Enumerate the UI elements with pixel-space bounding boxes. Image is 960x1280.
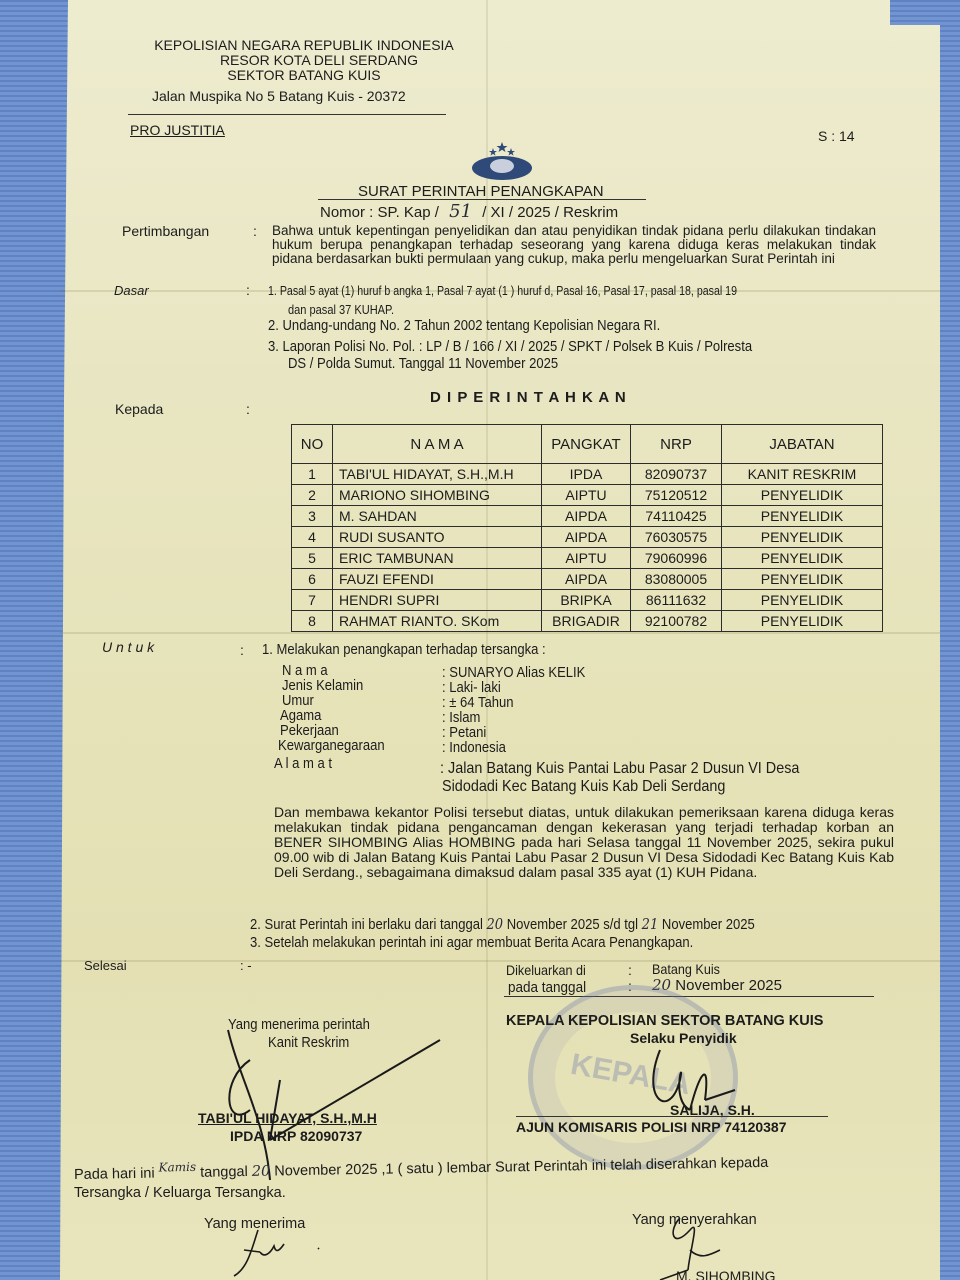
suspect-value-alamat-cont: Sidodadi Kec Batang Kuis Kab Deli Serdan… [442,779,725,794]
cell-pangkat: BRIPKA [542,590,631,611]
handover-handwritten-day: Kamis [158,1160,196,1175]
dasar-item-text: Pasal 5 ayat (1) huruf b angka 1, Pasal … [280,284,737,298]
dasar-item-no: 3. [268,339,279,355]
suspect-value-nama: : SUNARYO Alias KELIK [442,666,585,681]
col-pangkat: PANGKAT [542,425,631,464]
pro-justitia: PRO JUSTITIA [130,122,225,138]
suspect-key-kewarganegaraan: Kewarganegaraan [278,739,385,754]
sheet-code: S : 14 [818,128,855,144]
cell-jabatan: PENYELIDIK [722,548,883,569]
issued-date-label: pada tanggal [508,979,586,996]
header-divider [128,114,446,115]
cell-nrp: 82090737 [631,464,722,485]
pertimbangan-text: Bahwa untuk kepentingan penyelidikan dan… [272,224,876,266]
handover-giver-name: M. SIHOMBING [676,1268,776,1280]
agency-line-1: KEPOLISIAN NEGARA REPUBLIK INDONESIA [134,38,474,53]
paper-fold-line [60,632,940,634]
item2-text-b: November 2025 s/d tgl [507,917,638,933]
table-row: 5ERIC TAMBUNANAIPTU79060996PENYELIDIK [292,548,883,569]
cell-jabatan: PENYELIDIK [722,569,883,590]
cell-nama: RAHMAT RIANTO. SKom [333,611,542,632]
col-nama: N A M A [333,425,542,464]
cell-no: 3 [292,506,333,527]
number-handwritten: 51 [449,201,472,222]
suspect-value-alamat: : Jalan Batang Kuis Pantai Labu Pasar 2 … [440,761,799,776]
agency-line-3: SEKTOR BATANG KUIS [134,68,474,83]
cell-no: 8 [292,611,333,632]
col-nrp: NRP [631,425,722,464]
dasar-item-no: 2. [268,318,279,334]
cell-no: 5 [292,548,333,569]
cell-jabatan: PENYELIDIK [722,527,883,548]
table-row: 6FAUZI EFENDIAIPDA83080005PENYELIDIK [292,569,883,590]
cell-pangkat: AIPDA [542,506,631,527]
suspect-value-umur: : ± 64 Tahun [442,696,514,711]
cell-nama: RUDI SUSANTO [333,527,542,548]
dasar-colon: : [246,282,250,298]
chief-line-1: KEPALA KEPOLISIAN SEKTOR BATANG KUIS [506,1013,823,1029]
dasar-item-1: 1. Pasal 5 ayat (1) huruf b angka 1, Pas… [268,284,737,298]
suspect-value-agama: : Islam [442,711,480,726]
cell-jabatan: KANIT RESKRIM [722,464,883,485]
cell-no: 6 [292,569,333,590]
paper-fold-line [60,960,940,962]
document-title: SURAT PERINTAH PENANGKAPAN [358,183,604,200]
issued-place-label: Dikeluarkan di [506,962,586,978]
letterhead: KEPOLISIAN NEGARA REPUBLIK INDONESIA RES… [134,38,474,83]
cell-nrp: 76030575 [631,527,722,548]
handover-receiver-signature-icon [230,1228,330,1280]
item2-handwritten-start-date: 20 [487,917,504,933]
issued-underline [504,996,874,997]
diperintahkan-heading: D I P E R I N T A H K A N [430,389,627,406]
cell-jabatan: PENYELIDIK [722,506,883,527]
pertimbangan-label: Pertimbangan [122,223,209,239]
cell-pangkat: BRIGADIR [542,611,631,632]
suspect-key-nama: N a m a [282,664,328,679]
cell-nama: M. SAHDAN [333,506,542,527]
handover-line-2: Tersangka / Keluarga Tersangka. [74,1185,286,1201]
table-row: 7HENDRI SUPRIBRIPKA86111632PENYELIDIK [292,590,883,611]
cell-nama: FAUZI EFENDI [333,569,542,590]
cell-nrp: 74110425 [631,506,722,527]
dasar-item-text: Laporan Polisi No. Pol. : LP / B / 166 /… [283,339,753,355]
suspect-value-pekerjaan: : Petani [442,726,486,741]
untuk-paragraph: Dan membawa kekantor Polisi tersebut dia… [274,805,894,880]
cell-nama: HENDRI SUPRI [333,590,542,611]
suspect-value-kewarganegaraan: : Indonesia [442,741,506,756]
table-row: 2MARIONO SIHOMBINGAIPTU75120512PENYELIDI… [292,485,883,506]
cell-jabatan: PENYELIDIK [722,590,883,611]
cell-nrp: 75120512 [631,485,722,506]
police-emblem-icon [466,140,538,189]
untuk-item-1: 1. Melakukan penangkapan terhadap tersan… [262,642,546,658]
number-suffix: / XI / 2025 / Reskrim [482,204,618,221]
table-row: 3M. SAHDANAIPDA74110425PENYELIDIK [292,506,883,527]
suspect-key-pekerjaan: Pekerjaan [280,724,339,739]
untuk-item-3: 3. Setelah melakukan perintah ini agar m… [250,935,693,951]
pertimbangan-colon: : [253,223,257,239]
cell-nama: ERIC TAMBUNAN [333,548,542,569]
table-header-row: NO N A M A PANGKAT NRP JABATAN [292,425,883,464]
personnel-table: NO N A M A PANGKAT NRP JABATAN 1TABI'UL … [291,424,883,632]
cell-pangkat: AIPDA [542,527,631,548]
table-row: 4RUDI SUSANTOAIPDA76030575PENYELIDIK [292,527,883,548]
cell-pangkat: AIPTU [542,548,631,569]
item2-text-c: November 2025 [662,917,755,933]
dasar-item-3: 3. Laporan Polisi No. Pol. : LP / B / 16… [268,339,752,355]
cell-pangkat: AIPTU [542,485,631,506]
dasar-item-no: 1. [268,284,277,298]
suspect-value-jenis-kelamin: : Laki- laki [442,681,501,696]
suspect-key-alamat: A l a m a t [274,757,332,772]
kepada-label: Kepada [115,401,163,417]
cell-nrp: 92100782 [631,611,722,632]
dasar-item-1-cont: dan pasal 37 KUHAP. [288,302,394,317]
handover-text-a: Pada hari ini [74,1166,155,1183]
cell-no: 1 [292,464,333,485]
suspect-key-umur: Umur [282,694,314,709]
dasar-label: Dasar [114,283,149,298]
cell-no: 4 [292,527,333,548]
untuk-label: U n t u k [102,639,154,655]
cell-nrp: 79060996 [631,548,722,569]
issued-date-value: November 2025 [675,977,782,994]
dasar-item-3-cont: DS / Polda Sumut. Tanggal 11 November 20… [288,356,558,372]
kepada-colon: : [246,401,250,417]
dasar-item-text: Undang-undang No. 2 Tahun 2002 tentang K… [283,318,661,334]
table-row: 8RAHMAT RIANTO. SKomBRIGADIR92100782PENY… [292,611,883,632]
number-label: Nomor : SP. Kap / [320,204,439,221]
title-underline [318,199,646,200]
document-number: Nomor : SP. Kap / 51 / XI / 2025 / Reskr… [320,201,618,222]
handover-handwritten-date: 20 [252,1164,271,1180]
issued-place-colon: : [628,962,632,978]
untuk-colon: : [240,642,244,658]
cell-jabatan: PENYELIDIK [722,485,883,506]
chief-signature-icon [630,1040,740,1120]
suspect-key-agama: Agama [280,709,321,724]
suspect-key-jenis-kelamin: Jenis Kelamin [282,679,363,694]
untuk-item-2: 2. Surat Perintah ini berlaku dari tangg… [250,917,755,933]
cell-pangkat: AIPDA [542,569,631,590]
col-no: NO [292,425,333,464]
address: Jalan Muspika No 5 Batang Kuis - 20372 [152,88,406,104]
cell-nama: MARIONO SIHOMBING [333,485,542,506]
cell-pangkat: IPDA [542,464,631,485]
selesai-label: Selesai [84,958,127,973]
cell-nrp: 83080005 [631,569,722,590]
cell-no: 2 [292,485,333,506]
selesai-value: : - [240,958,252,973]
chief-rank-nrp: AJUN KOMISARIS POLISI NRP 74120387 [516,1119,787,1135]
handover-text-b: tanggal [200,1164,248,1181]
cell-nrp: 86111632 [631,590,722,611]
issued-place-value: Batang Kuis [652,961,720,977]
dasar-item-2: 2. Undang-undang No. 2 Tahun 2002 tentan… [268,318,660,334]
cell-no: 7 [292,590,333,611]
item2-text-a: 2. Surat Perintah ini berlaku dari tangg… [250,917,483,933]
cell-nama: TABI'UL HIDAYAT, S.H.,M.H [333,464,542,485]
cell-jabatan: PENYELIDIK [722,611,883,632]
item2-handwritten-end-date: 21 [642,917,659,933]
agency-line-2: RESOR KOTA DELI SERDANG [134,53,474,68]
table-row: 1TABI'UL HIDAYAT, S.H.,M.HIPDA82090737KA… [292,464,883,485]
col-jabatan: JABATAN [722,425,883,464]
